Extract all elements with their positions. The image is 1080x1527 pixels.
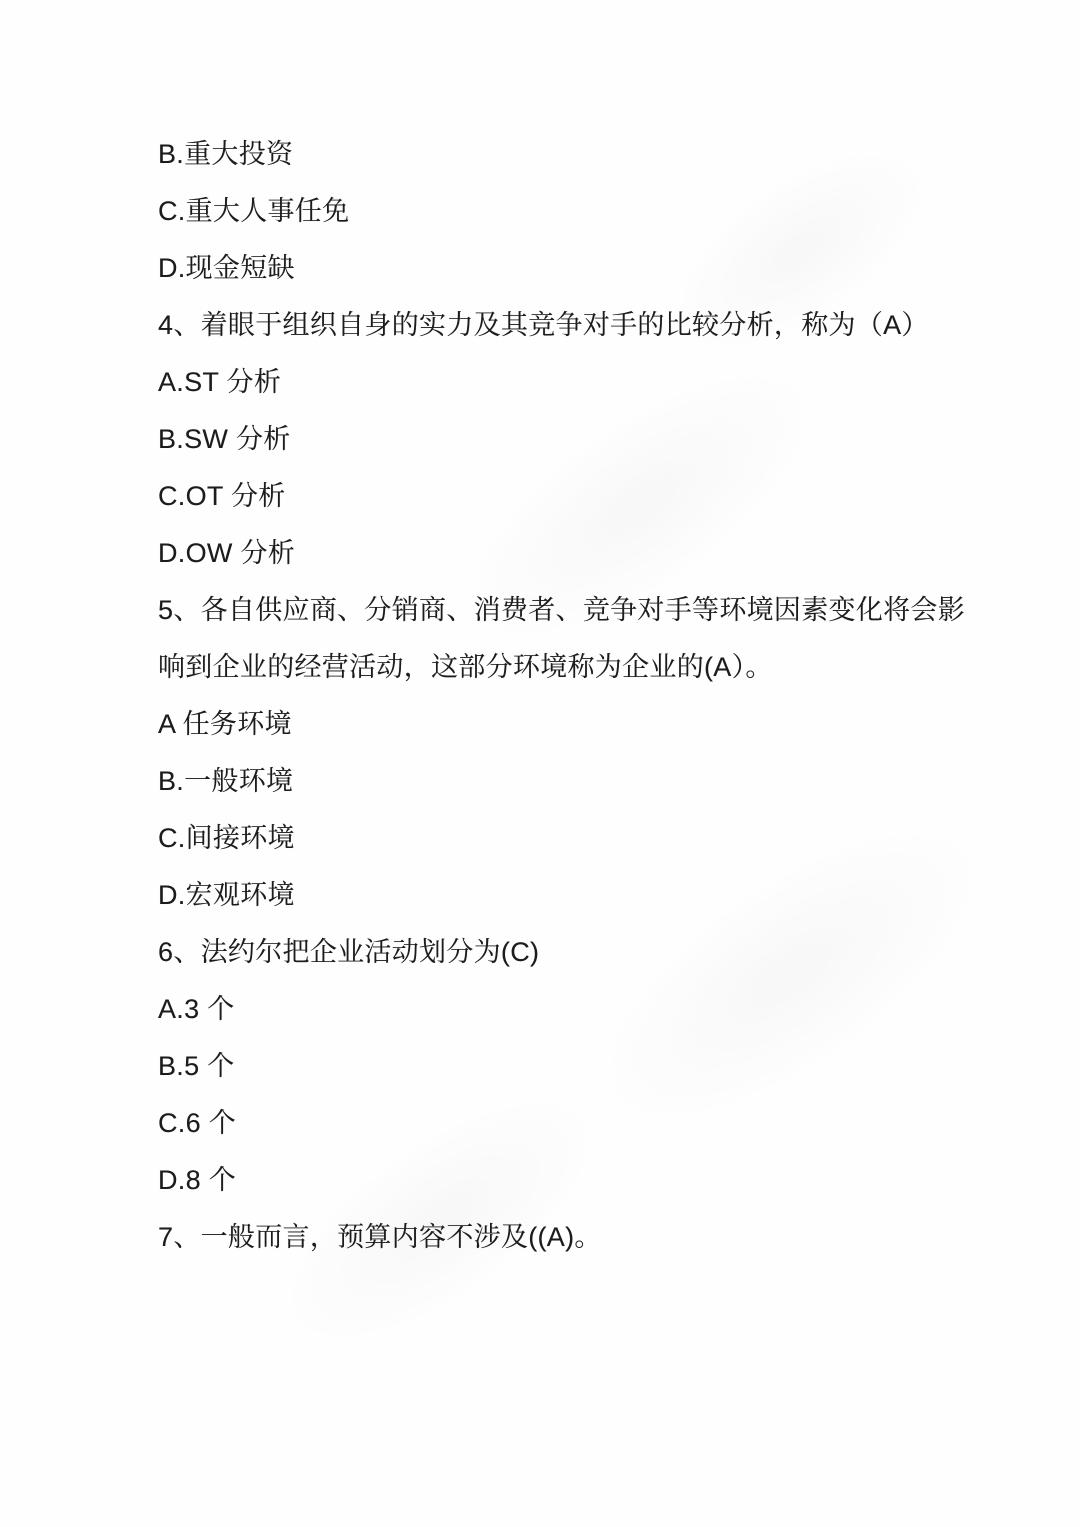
- option-line: B.重大投资: [158, 126, 1020, 183]
- option-line: B.SW 分析: [158, 411, 1020, 468]
- option-line: B.5 个: [158, 1038, 1020, 1095]
- option-line: D.8 个: [158, 1152, 1020, 1209]
- option-line: A.ST 分析: [158, 354, 1020, 411]
- question-line: 响到企业的经营活动，这部分环境称为企业的(A）。: [158, 639, 1020, 696]
- question-line: 5、各自供应商、分销商、消费者、竞争对手等环境因素变化将会影: [158, 582, 1020, 639]
- question-list: B.重大投资C.重大人事任免D.现金短缺4、着眼于组织自身的实力及其竞争对手的比…: [158, 126, 1020, 1266]
- option-line: D.现金短缺: [158, 240, 1020, 297]
- option-line: C.OT 分析: [158, 468, 1020, 525]
- option-line: D.OW 分析: [158, 525, 1020, 582]
- option-line: A 任务环境: [158, 696, 1020, 753]
- option-line: A.3 个: [158, 981, 1020, 1038]
- question-line: 7、一般而言，预算内容不涉及((A)。: [158, 1209, 1020, 1266]
- option-line: C.间接环境: [158, 810, 1020, 867]
- option-line: B.一般环境: [158, 753, 1020, 810]
- document-page: B.重大投资C.重大人事任免D.现金短缺4、着眼于组织自身的实力及其竞争对手的比…: [0, 0, 1080, 1527]
- question-line: 4、着眼于组织自身的实力及其竞争对手的比较分析，称为（A）: [158, 297, 1020, 354]
- option-line: C.6 个: [158, 1095, 1020, 1152]
- option-line: C.重大人事任免: [158, 183, 1020, 240]
- question-line: 6、法约尔把企业活动划分为(C): [158, 924, 1020, 981]
- option-line: D.宏观环境: [158, 867, 1020, 924]
